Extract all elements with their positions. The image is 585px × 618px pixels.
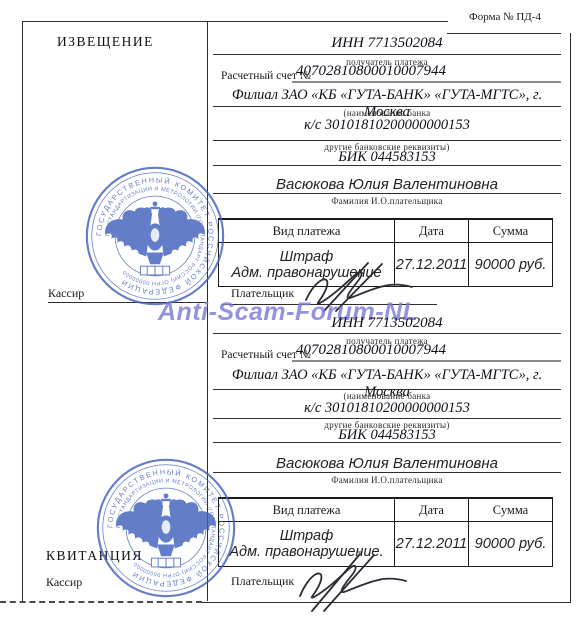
- column-header-type: Вид платежа: [219, 220, 394, 242]
- form-line: [213, 333, 561, 334]
- eagle-shield: [162, 520, 171, 534]
- left-border: [22, 21, 23, 601]
- eagle-shield: [151, 228, 160, 242]
- payer-caption: Фамилия И.О.плательщика: [213, 475, 561, 485]
- stamp-banner: [151, 558, 180, 567]
- stamp-banner: [140, 266, 169, 275]
- form-line: [213, 106, 561, 107]
- account-number: 40702810800010007944: [296, 342, 446, 359]
- inn-value: ИНН 7713502084: [213, 315, 561, 332]
- payer-caption: Фамилия И.О.плательщика: [213, 196, 561, 206]
- column-header-type: Вид платежа: [219, 499, 394, 521]
- payment-table-header: Вид платежа Дата Сумма: [219, 220, 552, 243]
- payer-name: Васюкова Юлия Валентиновна: [213, 455, 561, 472]
- official-stamp: ГОСУДАРСТВЕННЫЙ КОМИТЕТ РОССИЙСКОЙ ФЕДЕР…: [93, 455, 239, 601]
- form-line: [292, 360, 561, 362]
- form-line: [292, 81, 561, 83]
- cashier-label: Кассир: [46, 575, 82, 590]
- form-line: [213, 193, 561, 194]
- payment-amount-cell: 90000 руб.: [468, 522, 552, 566]
- payment-form-pd4: Форма № ПД-4 ИЗВЕЩЕНИЕ ИНН 7713502084 по…: [0, 0, 585, 618]
- corr-account: к/с 30101810200000000153: [213, 400, 561, 417]
- form-number-label: Форма № ПД-4: [447, 11, 563, 23]
- official-stamp: ГОСУДАРСТВЕННЫЙ КОМИТЕТ РОССИЙСКОЙ ФЕДЕР…: [82, 163, 228, 309]
- corr-account: к/с 30101810200000000153: [213, 117, 561, 134]
- column-header-date: Дата: [394, 499, 468, 521]
- bik-value: БИК 044583153: [213, 149, 561, 166]
- account-number: 40702810800010007944: [296, 63, 446, 80]
- cashier-label: Кассир: [48, 286, 84, 301]
- column-header-amount: Сумма: [468, 499, 552, 521]
- form-line: [213, 418, 561, 419]
- payment-type-line1: Штраф: [219, 528, 394, 544]
- payer-name: Васюкова Юлия Валентиновна: [213, 176, 561, 193]
- form-number-underline: [447, 33, 561, 34]
- payment-amount-cell: 90000 руб.: [468, 243, 552, 286]
- column-header-amount: Сумма: [468, 220, 552, 242]
- section-title-notice: ИЗВЕЩЕНИЕ: [57, 34, 154, 50]
- payment-table-header: Вид платежа Дата Сумма: [219, 499, 552, 522]
- top-border: [22, 21, 448, 22]
- inn-value: ИНН 7713502084: [213, 35, 561, 52]
- payer-label: Плательщик: [231, 574, 294, 589]
- right-border: [570, 33, 571, 603]
- cut-line-dashed: [0, 601, 202, 603]
- form-line: [213, 442, 561, 443]
- column-header-date: Дата: [394, 220, 468, 242]
- form-line: [213, 472, 561, 473]
- form-line: [213, 165, 561, 166]
- form-line: [213, 389, 561, 390]
- form-line: [213, 54, 561, 55]
- form-line: [213, 140, 561, 141]
- payer-signature: [294, 550, 412, 612]
